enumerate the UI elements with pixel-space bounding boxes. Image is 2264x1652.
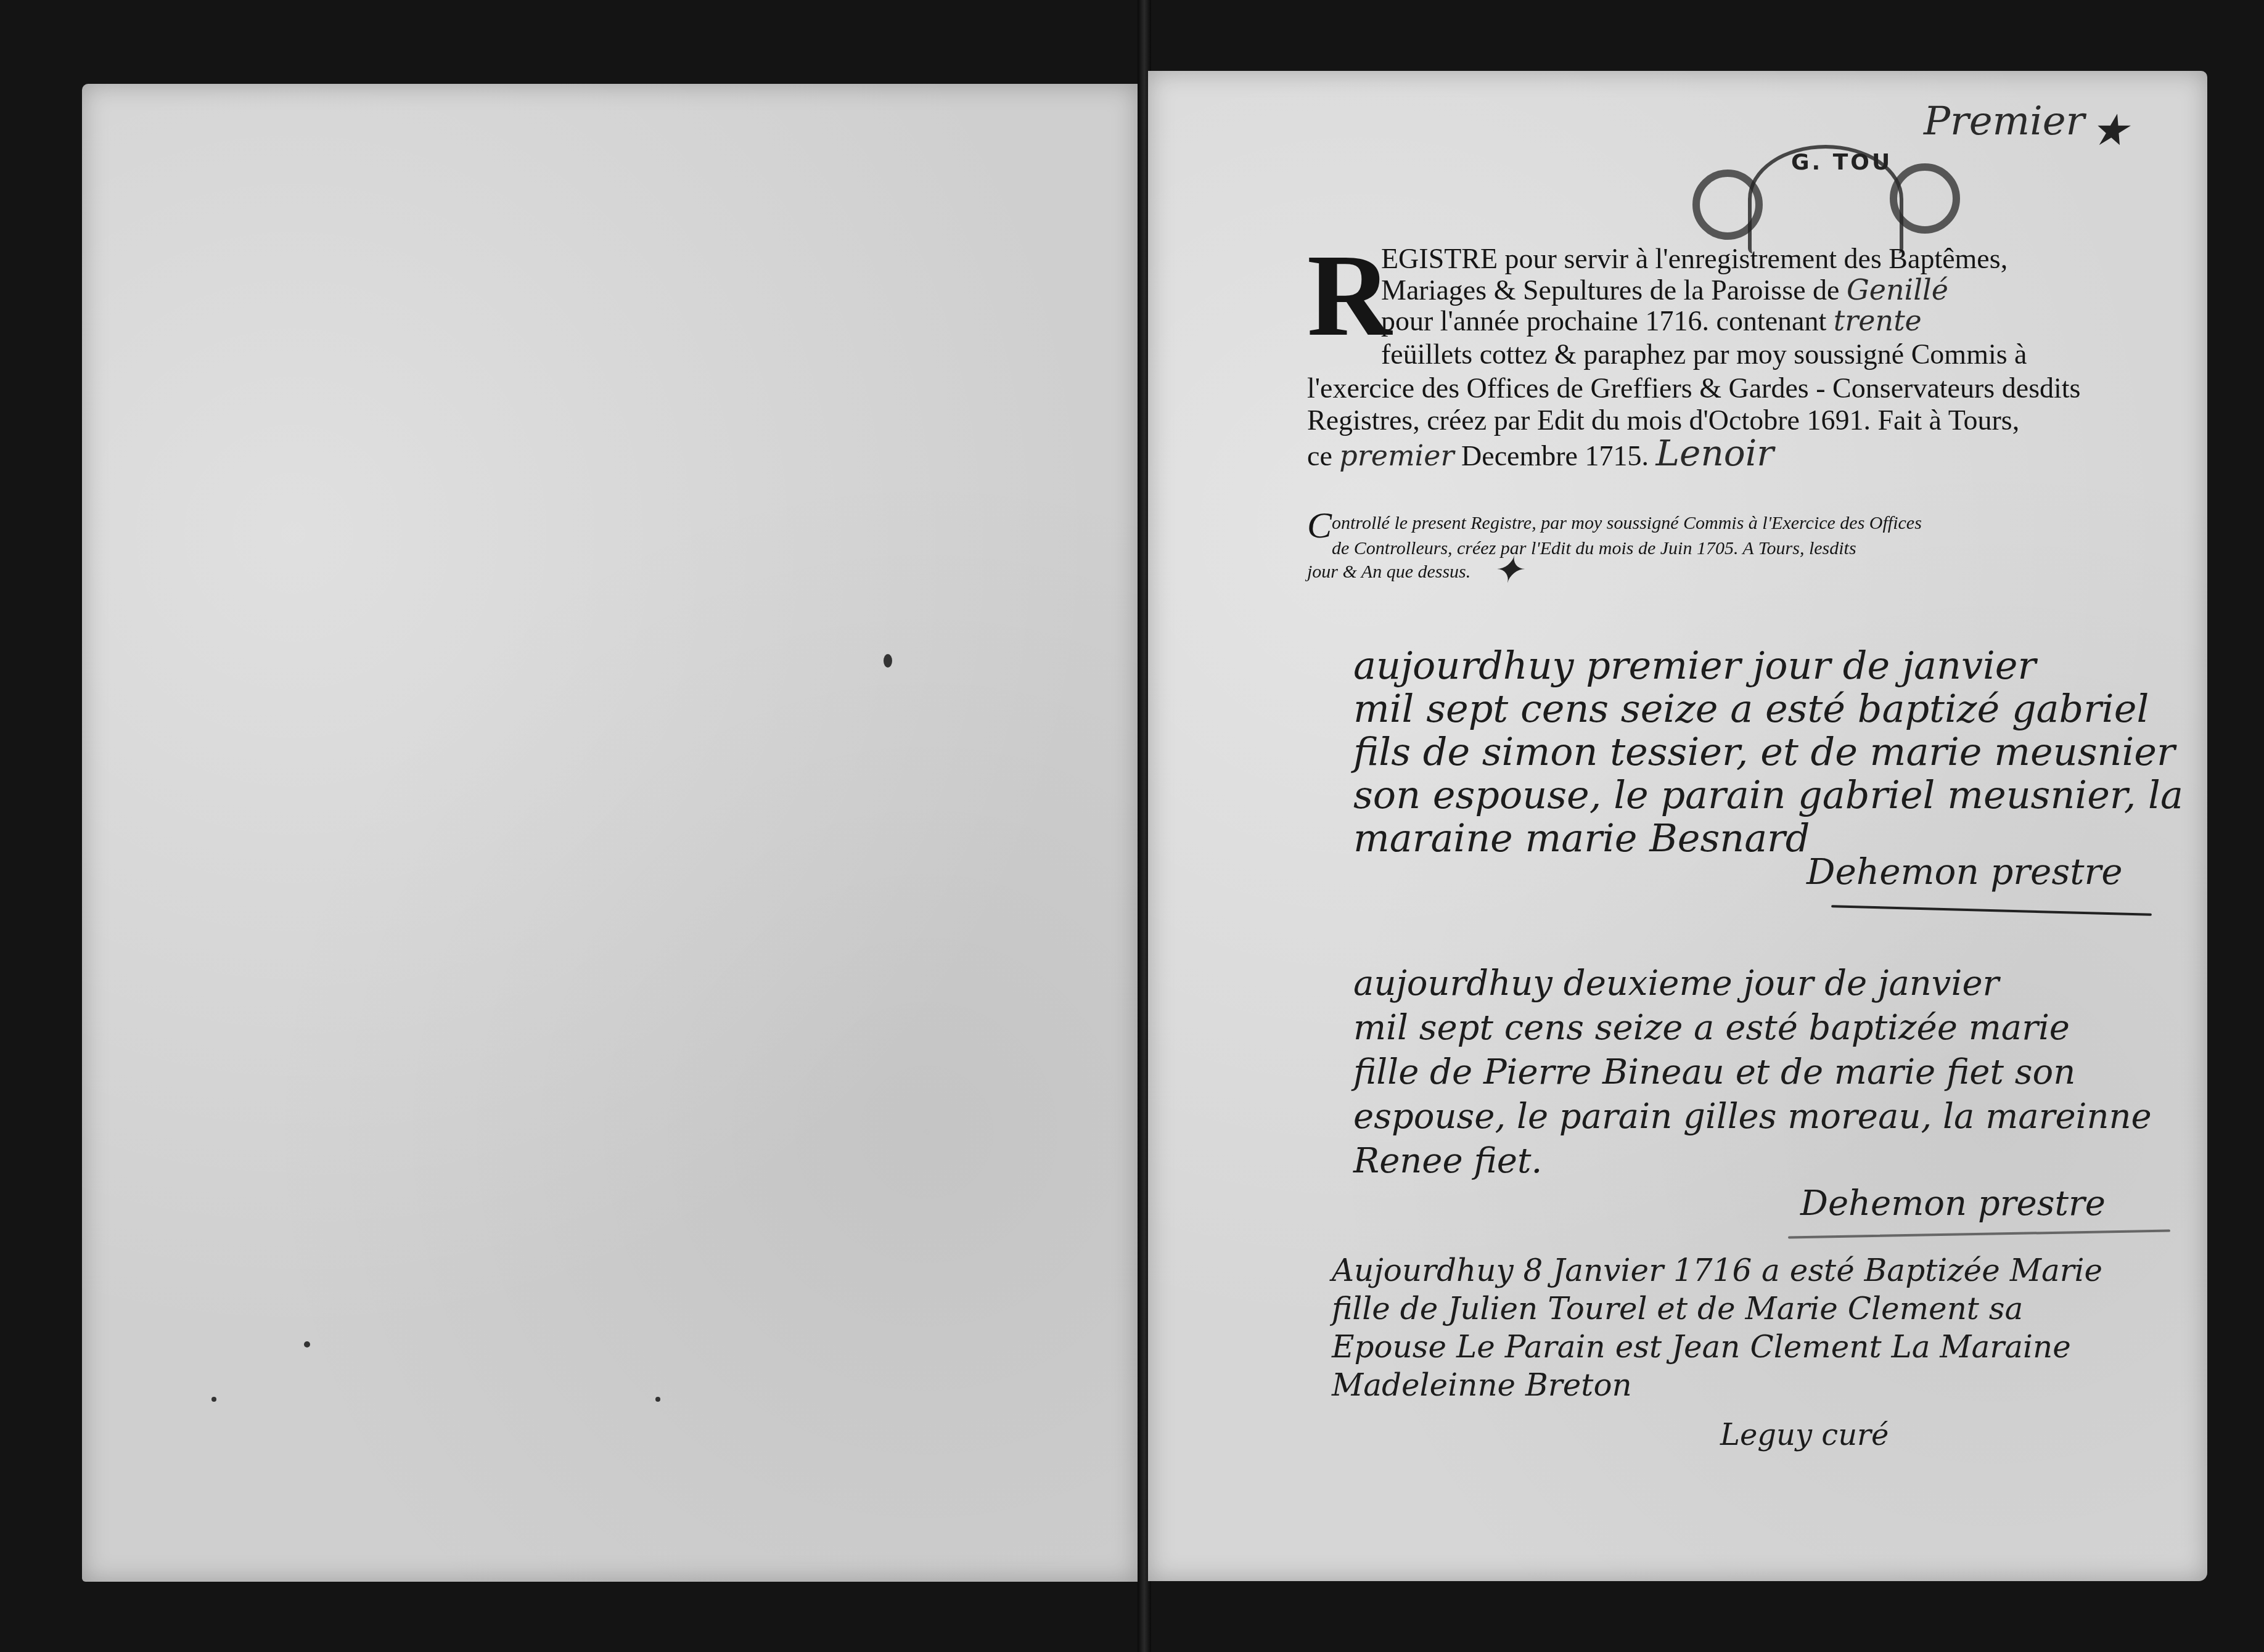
entry-line: Epouse Le Parain est Jean Clement La Mar…	[1332, 1328, 2102, 1366]
day-fill: premier	[1339, 439, 1454, 472]
controle-paragraph: Controllé le present Registre, par moy s…	[1307, 512, 2065, 584]
printed-line-6: Registres, créez par Edit du mois d'Octo…	[1307, 405, 2019, 436]
entry-line: mil sept cens seize a esté baptizée mari…	[1353, 1006, 2152, 1050]
baptism-entry-3: Aujourdhuy 8 Janvier 1716 a esté Baptizé…	[1332, 1251, 2102, 1404]
entry-line: Aujourdhuy 8 Janvier 1716 a esté Baptizé…	[1332, 1251, 2102, 1290]
printed-line-5: l'exercice des Offices de Greffiers & Ga…	[1307, 373, 2081, 404]
entry-3-signature: Leguy curé	[1720, 1418, 1889, 1452]
ink-spot	[884, 654, 892, 668]
controle-line-3: jour & An que dessus.	[1307, 560, 2065, 584]
printed-line-7: ce premier Decembre 1715. Lenoir	[1307, 438, 1774, 472]
clerk-signature: Lenoir	[1656, 432, 1774, 474]
controle-line-1: ontrollé le present Registre, par moy so…	[1332, 513, 1922, 533]
entry-1-signature: Dehemon prestre	[1807, 851, 2123, 893]
printed-text: ce	[1307, 440, 1332, 472]
paraph-flourish-icon: ★	[2090, 105, 2129, 155]
ink-spot	[211, 1397, 216, 1402]
controle-line-2: de Controlleurs, créez par l'Edit du moi…	[1307, 537, 2065, 560]
printed-text: Decembre 1715.	[1461, 440, 1649, 472]
leaf-count: trente	[1834, 304, 1922, 337]
stamp-scroll-right-icon	[1890, 163, 1960, 234]
entry-line: Madeleinne Breton	[1332, 1366, 2102, 1404]
printed-line-1: EGISTRE pour servir à l'enregistrement d…	[1381, 243, 2008, 274]
entry-2-signature: Dehemon prestre	[1800, 1184, 2106, 1224]
folio-mark: Premier	[1924, 99, 2085, 144]
entry-line: fille de Julien Tourel et de Marie Cleme…	[1332, 1290, 2102, 1328]
entry-line: aujourdhuy deuxieme jour de janvier	[1353, 962, 2152, 1006]
stamp-text: G. TOU	[1791, 150, 1892, 175]
printed-line-3: pour l'année prochaine 1716. contenant t…	[1381, 305, 1922, 337]
ink-spot	[655, 1397, 660, 1402]
controle-paraph-icon: ✦	[1492, 549, 1523, 592]
entry-line: Renee fiet.	[1353, 1139, 2152, 1184]
printed-line-4: feüillets cottez & paraphez par moy sous…	[1381, 339, 2027, 370]
parish-name: Genillé	[1847, 273, 1948, 306]
controle-initial: C	[1307, 505, 1332, 546]
entry-line: fille de Pierre Bineau et de marie fiet …	[1353, 1050, 2152, 1095]
entry-line: son espouse, le parain gabriel meusnier,…	[1353, 774, 2183, 817]
printed-text: pour l'année prochaine 1716. contenant	[1381, 305, 1826, 337]
entry-line: mil sept cens seize a esté baptizé gabri…	[1353, 687, 2183, 730]
left-page-blank	[82, 84, 1138, 1582]
entry-line: aujourdhuy premier jour de janvier	[1353, 644, 2183, 687]
baptism-entry-1: aujourdhuy premier jour de janvier mil s…	[1353, 644, 2183, 860]
baptism-entry-2: aujourdhuy deuxieme jour de janvier mil …	[1353, 962, 2152, 1184]
entry-line: fils de simon tessier, et de marie meusn…	[1353, 730, 2183, 774]
entry-line: espouse, le parain gilles moreau, la mar…	[1353, 1095, 2152, 1139]
ink-spot	[304, 1341, 310, 1347]
printed-text: Mariages & Sepultures de la Paroisse de	[1381, 274, 1839, 306]
tax-stamp: G. TOU	[1692, 139, 1951, 250]
printed-line-2: Mariages & Sepultures de la Paroisse de …	[1381, 274, 1948, 306]
dropcap: R	[1307, 243, 1392, 348]
